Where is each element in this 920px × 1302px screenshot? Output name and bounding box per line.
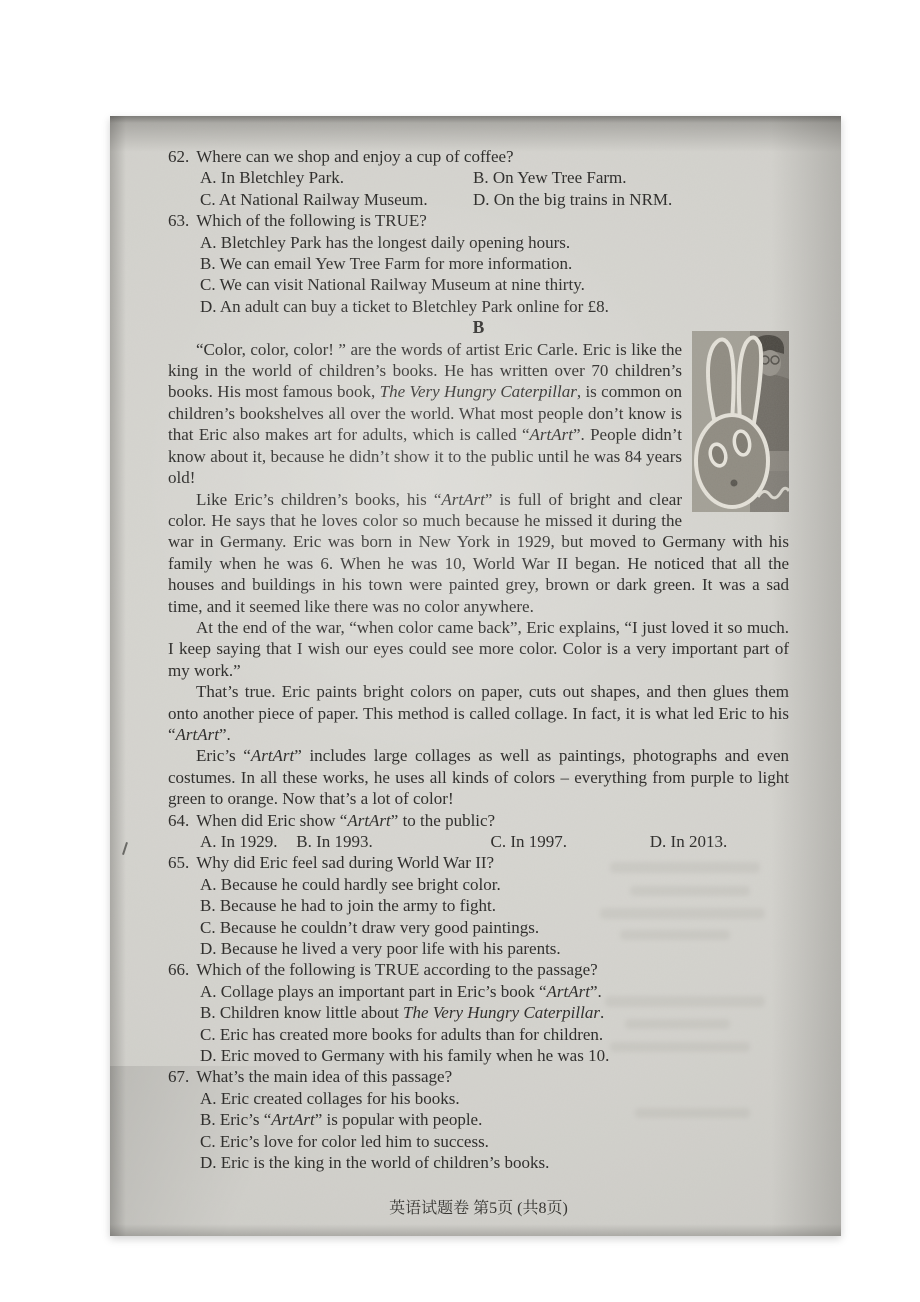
option-d: D. Eric moved to Germany with his family…: [168, 1045, 789, 1066]
options: A. In 1929. B. In 1993. C. In 1997. D. I…: [168, 831, 789, 852]
question-67: 67.What’s the main idea of this passage?…: [168, 1066, 789, 1173]
question-number: 63.: [168, 211, 189, 230]
page-footer: 英语试题卷 第5页 (共8页): [168, 1198, 789, 1219]
question-stem-text: Why did Eric feel sad during World War I…: [196, 853, 494, 872]
question-stem-text: When did Eric show “ArtArt” to the publi…: [196, 811, 495, 830]
option-b: B. Because he had to join the army to fi…: [168, 895, 789, 916]
question-number: 66.: [168, 960, 189, 979]
option-a: A. Collage plays an important part in Er…: [168, 981, 789, 1002]
question-stem: 66.Which of the following is TRUE accord…: [168, 959, 789, 980]
option-b: B. Eric’s “ArtArt” is popular with peopl…: [168, 1109, 789, 1130]
option-b: B. On Yew Tree Farm.: [473, 167, 789, 188]
option-d: D. Eric is the king in the world of chil…: [168, 1152, 789, 1173]
question-stem-text: Where can we shop and enjoy a cup of cof…: [196, 147, 513, 166]
question-62: 62.Where can we shop and enjoy a cup of …: [168, 146, 789, 210]
scanned-exam-page: 62.Where can we shop and enjoy a cup of …: [0, 0, 920, 1302]
option-a: A. Eric created collages for his books.: [168, 1088, 789, 1109]
question-stem: 64.When did Eric show “ArtArt” to the pu…: [168, 810, 789, 831]
option-d: D. An adult can buy a ticket to Bletchle…: [168, 296, 789, 317]
option-c: C. Because he couldn’t draw very good pa…: [168, 917, 789, 938]
question-number: 67.: [168, 1067, 189, 1086]
option-c: C. We can visit National Railway Museum …: [168, 274, 789, 295]
option-a: A. In Bletchley Park.: [200, 167, 473, 188]
question-number: 65.: [168, 853, 189, 872]
option-b: B. In 1993.: [296, 831, 486, 852]
question-stem: 62.Where can we shop and enjoy a cup of …: [168, 146, 789, 167]
option-c: C. At National Railway Museum.: [200, 189, 473, 210]
options: A. In Bletchley Park. B. On Yew Tree Far…: [168, 167, 789, 210]
option-b: B. Children know little about The Very H…: [168, 1002, 789, 1023]
question-number: 64.: [168, 811, 189, 830]
option-a: A. Because he could hardly see bright co…: [168, 874, 789, 895]
passage-paragraph-4: That’s true. Eric paints bright colors o…: [168, 681, 789, 745]
passage-paragraph-3: At the end of the war, “when color came …: [168, 617, 789, 681]
option-d: D. Because he lived a very poor life wit…: [168, 938, 789, 959]
question-stem: 65.Why did Eric feel sad during World Wa…: [168, 852, 789, 873]
option-d: D. On the big trains in NRM.: [473, 189, 789, 210]
paper-sheet: 62.Where can we shop and enjoy a cup of …: [110, 116, 841, 1236]
option-d: D. In 2013.: [650, 832, 727, 851]
question-65: 65.Why did Eric feel sad during World Wa…: [168, 852, 789, 959]
option-b: B. We can email Yew Tree Farm for more i…: [168, 253, 789, 274]
question-64: 64.When did Eric show “ArtArt” to the pu…: [168, 810, 789, 853]
option-c: C. In 1997.: [491, 831, 646, 852]
question-stem-text: Which of the following is TRUE?: [196, 211, 427, 230]
question-number: 62.: [168, 147, 189, 166]
option-a: A. Bletchley Park has the longest daily …: [168, 232, 789, 253]
question-63: 63.Which of the following is TRUE? A. Bl…: [168, 210, 789, 317]
option-c: C. Eric has created more books for adult…: [168, 1024, 789, 1045]
passage-paragraph-5: Eric’s “ArtArt” includes large collages …: [168, 745, 789, 809]
question-stem: 63.Which of the following is TRUE?: [168, 210, 789, 231]
question-stem-text: Which of the following is TRUE according…: [196, 960, 597, 979]
passage-b: “Color, color, color! ” are the words of…: [168, 339, 789, 810]
question-stem-text: What’s the main idea of this passage?: [196, 1067, 452, 1086]
eric-carle-collage-photo: [692, 331, 789, 512]
question-66: 66.Which of the following is TRUE accord…: [168, 959, 789, 1066]
photo-illustration: [692, 331, 789, 512]
page-content: 62.Where can we shop and enjoy a cup of …: [110, 116, 841, 1219]
paper-shadow-bottom: [110, 1224, 841, 1236]
option-c: C. Eric’s love for color led him to succ…: [168, 1131, 789, 1152]
option-a: A. In 1929.: [200, 831, 292, 852]
question-stem: 67.What’s the main idea of this passage?: [168, 1066, 789, 1087]
